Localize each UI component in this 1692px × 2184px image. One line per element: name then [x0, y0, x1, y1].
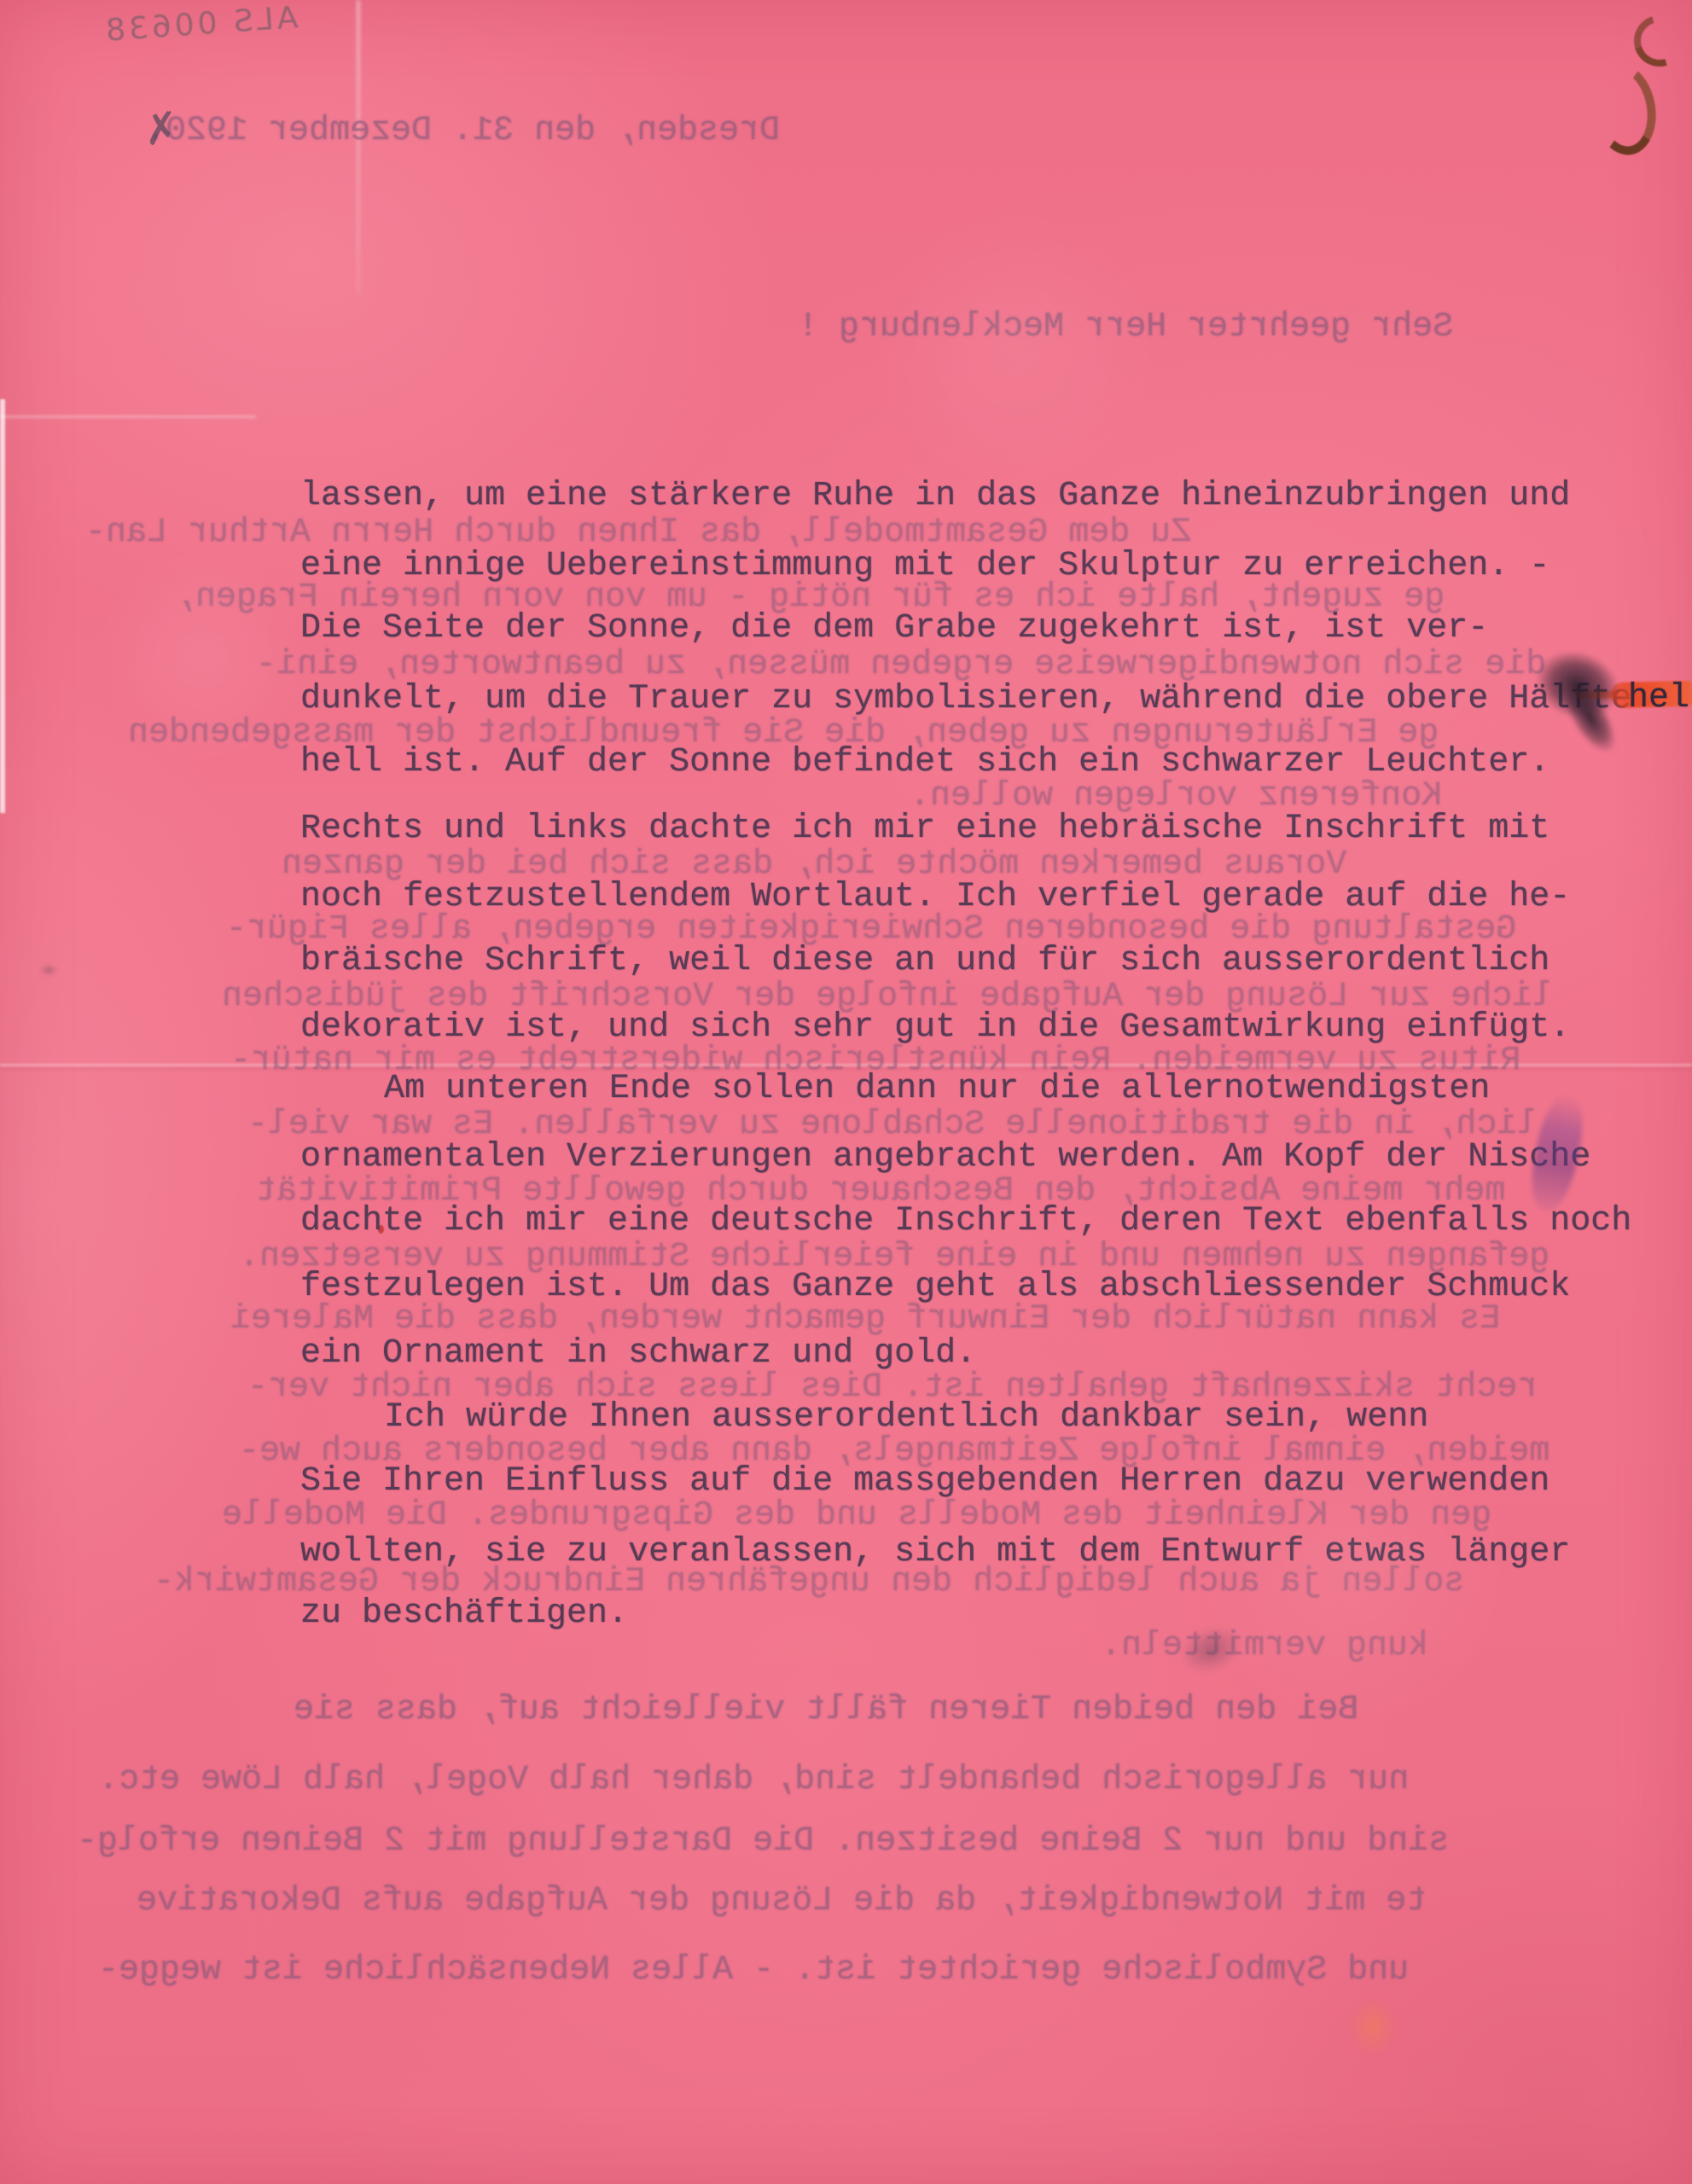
typed-line: Ich würde Ihnen ausserordentlich dankbar… [384, 1399, 1428, 1437]
typed-line: Die Seite der Sonne, die dem Grabe zugek… [300, 610, 1488, 648]
typed-line: dachte ich mir eine deutsche Inschrift, … [300, 1203, 1631, 1240]
ink-blot [1532, 650, 1634, 748]
typed-line: Am unteren Ende sollen dann nur die alle… [384, 1071, 1490, 1108]
typed-line: eine innige Uebereinstimmung mit der Sku… [300, 548, 1550, 585]
bleedthrough-line: Bei den beiden Tieren fällt vielleicht a… [294, 1692, 1358, 1729]
bleedthrough-line: kung vermitteln. [1101, 1628, 1428, 1665]
archive-number-handwritten: ALS 00638 [102, 0, 299, 49]
bleedthrough-line: und Symbolische gerichtet ist. - Alles N… [98, 1952, 1409, 1989]
typed-line: lassen, um eine stärkere Ruhe in das Gan… [300, 478, 1570, 515]
highlighted-word-hell: hell [1628, 679, 1692, 717]
salutation-bleed: Sehr geehrter Herr Mecklenburg ! [798, 309, 1453, 346]
dark-speck [39, 964, 58, 976]
orange-stain [1348, 1998, 1398, 2056]
typed-line: festzulegen ist. Um das Ganze geht als a… [300, 1269, 1570, 1306]
bleedthrough-line: te mit Notwendigkeit, da die Lösung der … [137, 1883, 1427, 1920]
horizontal-crease-left [0, 415, 256, 418]
bleedthrough-line: nur allegorisch behandelt sind, daher ha… [98, 1762, 1409, 1799]
bleedthrough-line: gen der Kleinheit des Modells und des Gi… [222, 1497, 1491, 1535]
bleedthrough-line: sind und nur 2 Beine besitzen. Die Darst… [77, 1823, 1449, 1861]
typed-line: noch festzustellendem Wortlaut. Ich verf… [300, 879, 1570, 916]
typed-line: zu beschäftigen. [300, 1595, 628, 1633]
typed-line: wollten, sie zu veranlassen, sich mit de… [300, 1534, 1570, 1571]
typed-line: dunkelt, um die Trauer zu symbolisieren,… [300, 681, 1631, 718]
left-edge-tear [0, 399, 5, 813]
typed-line: Sie Ihren Einfluss auf die massgebenden … [300, 1463, 1550, 1501]
typed-line: Rechts und links dachte ich mir eine heb… [300, 810, 1550, 848]
dateline-bleed: Dresden, den 31. Dezember 1920. [145, 113, 780, 150]
pencil-check-mark: ✗ [140, 102, 183, 155]
typed-line: dekorativ ist, und sich sehr gut in die … [300, 1009, 1570, 1047]
typed-line: ornamentalen Verzierungen angebracht wer… [300, 1139, 1590, 1176]
rust-clip-mark-top [1625, 6, 1692, 75]
typed-line: bräische Schrift, weil diese an und für … [300, 943, 1550, 980]
typed-line: ein Ornament in schwarz und gold. [300, 1335, 976, 1373]
bleedthrough-line: die sich notwendigerweise ergeben müssen… [256, 647, 1546, 684]
letter-page: Dresden, den 31. Dezember 1920.Sehr geeh… [0, 0, 1692, 2184]
bleedthrough-line: Es kann natürlich der Einwurf gemacht we… [230, 1301, 1500, 1339]
typed-line: hell ist. Auf der Sonne befindet sich ei… [300, 744, 1550, 781]
rust-clip-mark-bottom [1584, 58, 1663, 160]
